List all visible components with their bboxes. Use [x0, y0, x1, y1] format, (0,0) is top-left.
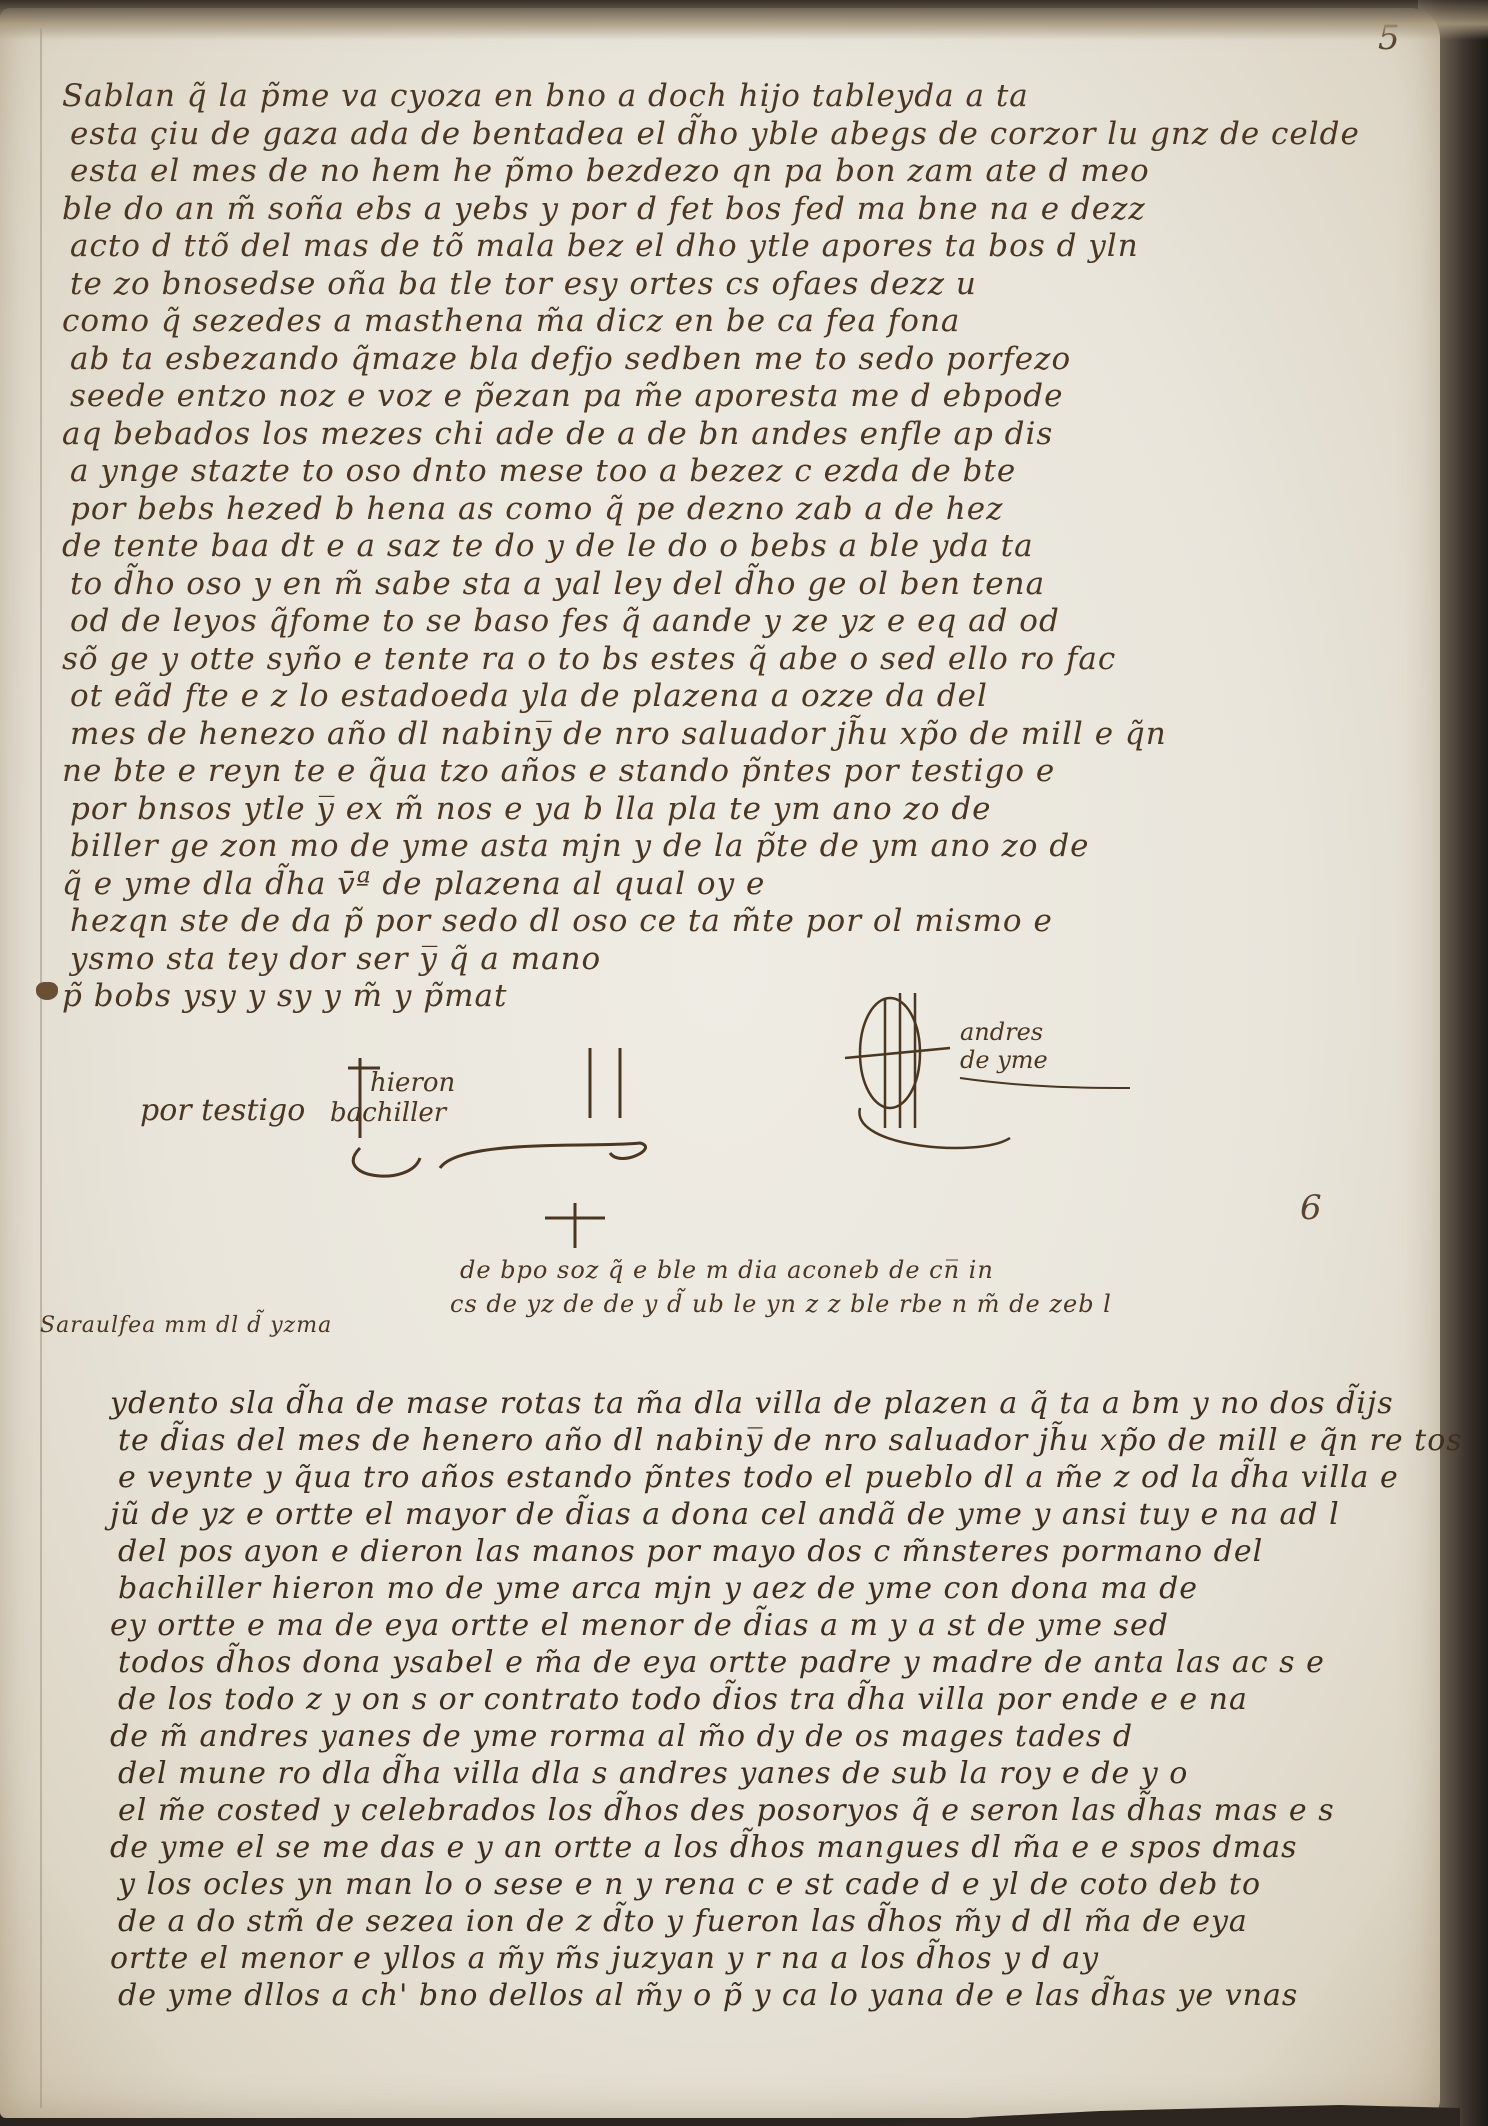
manuscript-line: de m̃ andres yanes de yme rorma al m̃o d… [110, 1719, 1133, 1754]
manuscript-line: ne bte e reyn te e q̃ua tzo años e stand… [62, 753, 1055, 789]
margin-rule [40, 28, 42, 2108]
manuscript-line: del pos ayon e dieron las manos por mayo… [118, 1534, 1263, 1569]
center-note-line-1: de bpo soz q̃ e ble m dia aconeb de cn̅ … [460, 1256, 994, 1284]
manuscript-line: od de leyos q̃fome to se baso fes q̃ aan… [70, 603, 1060, 639]
manuscript-line: esta el mes de no hem he p̃mo bezdezo qn… [70, 153, 1150, 189]
manuscript-line: p̃ bobs ysy y sy y m̃ y p̃mat [62, 978, 507, 1014]
notary-name-line1: andres [960, 1018, 1048, 1046]
manuscript-line: todos d̃hos dona ysabel e m̃a de eya ort… [118, 1645, 1325, 1680]
manuscript-line: hezqn ste de da p̃ por sedo dl oso ce ta… [70, 903, 1053, 939]
manuscript-line: q̃ e yme dla d̃ha v̄ª de plazena al qual… [62, 866, 765, 902]
manuscript-line: ble do an m̃ soña ebs a yebs y por d fet… [62, 191, 1146, 227]
manuscript-line: sõ ge y otte syño e tente ra o to bs est… [62, 641, 1116, 677]
manuscript-line: seede entzo noz e voz e p̃ezan pa m̃e ap… [70, 378, 1063, 414]
manuscript-line: mes de henezo año dl nabiny̅ de nro salu… [70, 716, 1167, 752]
manuscript-line: de yme el se me das e y an ortte a los d… [110, 1830, 1298, 1865]
center-note-line-2: cs de yz de de y d̃ ub le yn z z ble rbe… [450, 1290, 1112, 1318]
manuscript-line: esta çiu de gaza ada de bentadea el d̃ho… [70, 116, 1360, 152]
manuscript-line: de a do stm̃ de sezea ion de z d̃to y fu… [118, 1904, 1248, 1939]
manuscript-line: del mune ro dla d̃ha villa dla s andres … [118, 1756, 1188, 1791]
ink-blot-icon [36, 982, 58, 1000]
manuscript-line: e veynte y q̃ua tro años estando p̃ntes … [118, 1460, 1399, 1495]
manuscript-line: ab ta esbezando q̃maze bla defjo sedben … [70, 341, 1071, 377]
manuscript-line: y los ocles yn man lo o sese e n y rena … [118, 1867, 1261, 1902]
manuscript-page: 5 Sablan q̃ la p̃me va cyoza en bno a do… [0, 8, 1440, 2118]
manuscript-line: ydento sla d̃ha de mase rotas ta m̃a dla… [110, 1386, 1394, 1421]
manuscript-line: biller ge zon mo de yme asta mjn y de la… [70, 828, 1090, 864]
manuscript-line: de yme dllos a ch' bno dellos al m̃y o p… [118, 1978, 1298, 2013]
margin-number: 6 [1300, 1188, 1322, 1228]
manuscript-line: Sablan q̃ la p̃me va cyoza en bno a doch… [62, 78, 1029, 114]
witness-prefix: por testigo [140, 1093, 305, 1128]
notary-name-line2: de yme [960, 1046, 1048, 1074]
manuscript-line: bachiller hieron mo de yme arca mjn y ae… [118, 1571, 1198, 1606]
manuscript-line: como q̃ sezedes a masthena m̃a dicz en b… [62, 303, 960, 339]
manuscript-line: to d̃ho oso y en m̃ sabe sta a yal ley d… [70, 566, 1045, 602]
manuscript-line: de tente baa dt e a saz te do y de le do… [62, 528, 1034, 564]
manuscript-line: acto d ttõ del mas de tõ mala bez el dho… [70, 228, 1139, 264]
manuscript-line: jũ de yz e ortte el mayor de d̃ias a don… [110, 1497, 1340, 1532]
manuscript-line: ot eãd fte e z lo estadoeda yla de plaze… [70, 678, 988, 714]
manuscript-line: de los todo z y on s or contrato todo d̃… [118, 1682, 1248, 1717]
cross-mark-icon [540, 1203, 610, 1253]
marginal-note: Saraulfea mm dl d̃ yzma [40, 1313, 332, 1338]
witness-rubric-icon [320, 1048, 680, 1188]
manuscript-line: el m̃e costed y celebrados los d̃hos des… [118, 1793, 1335, 1828]
manuscript-line: ey ortte e ma de eya ortte el menor de d… [110, 1608, 1169, 1643]
manuscript-line: a ynge stazte to oso dnto mese too a bez… [70, 453, 1016, 489]
manuscript-line: por bnsos ytle y̅ ex m̃ nos e ya b lla p… [70, 791, 992, 827]
manuscript-line: aq bebados los mezes chi ade de a de bn … [62, 416, 1053, 452]
manuscript-line: por bebs hezed b hena as como q̃ pe dezn… [70, 491, 1003, 527]
manuscript-line: ortte el menor e yllos a m̃y m̃s juzyan … [110, 1941, 1099, 1976]
manuscript-line: te zo bnosedse oña ba tle tor esy ortes … [70, 266, 977, 302]
page-top-edge [0, 0, 1488, 40]
notary-signature: andres de yme [960, 1018, 1048, 1074]
manuscript-line: ysmo sta tey dor ser y̅ q̃ a mano [70, 941, 601, 977]
manuscript-line: te d̃ias del mes de henero año dl nabiny… [118, 1423, 1463, 1458]
